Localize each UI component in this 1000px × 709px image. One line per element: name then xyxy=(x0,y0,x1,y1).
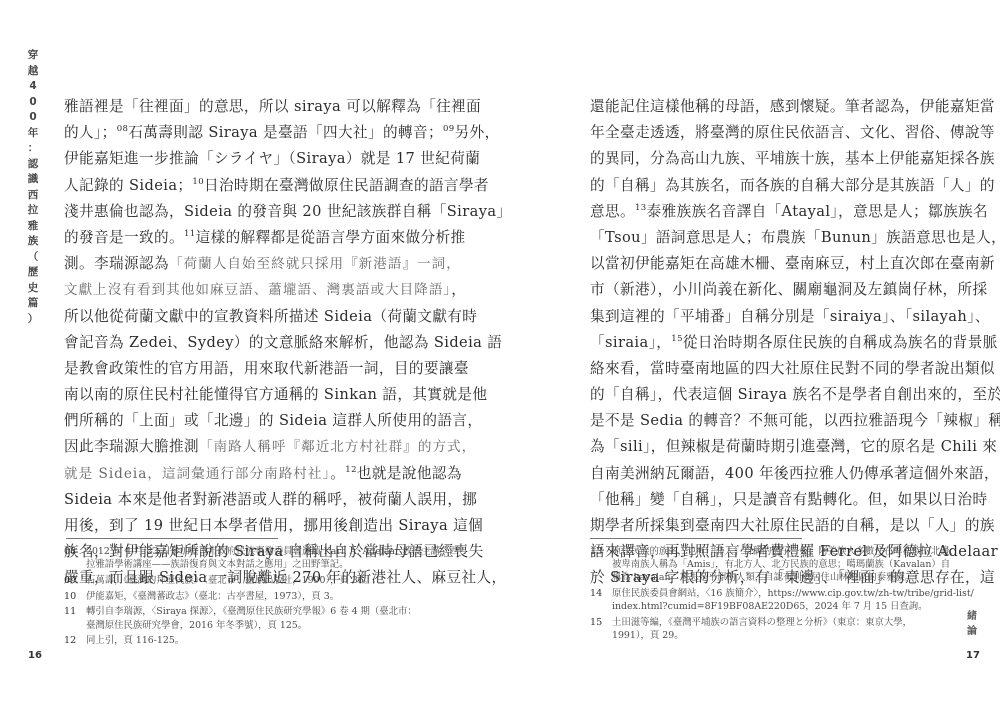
text-run: 人記錄的 Sideia； xyxy=(64,177,192,194)
body-text: 雅語裡是「往裡面」的意思，所以 siraya 可以解釋為「往裡面的人」；08石萬… xyxy=(64,94,441,592)
text-line: 文獻上沒有看到其他如麻豆語、蕭壠語、灣裏語或大目降語」， xyxy=(64,277,441,303)
footnote-ref[interactable]: 11 xyxy=(184,229,196,239)
footnote-text: 轉引自李瑞源，〈Siraya 探源〉，《臺灣原住民族研究學報》6 卷 4 期（臺… xyxy=(86,605,444,631)
text-run: 這樣的解釋都是從語言學方面來做分析推 xyxy=(196,229,466,246)
text-line: 的「自稱」為其族名，而各族的自稱大部分是其族語「人」的 xyxy=(590,173,967,199)
text-line: 「siraia」，15從日治時期各原住民族的自稱成為族名的背景脈 xyxy=(590,330,967,356)
text-line: 絡來看，當時臺南地區的四大社原住民對不同的學者說出類似 xyxy=(590,356,967,382)
text-line: 所以他從荷蘭文獻中的宣教資料所描述 Sideia（荷蘭文獻有時 xyxy=(64,304,441,330)
footnote-number: 09 xyxy=(64,574,86,587)
text-line: 用後，到了 19 世紀日本學者借用，挪用後創造出 Siraya 這個 xyxy=(64,513,441,539)
text-line: Sideia 本來是他者對新港語或人群的稱呼，被荷蘭人誤用，挪 xyxy=(64,487,441,513)
footnote-line: 原住民族的族名，也有「非人」自稱的例子，如：阿美族人多數住在卑南族的北邊， xyxy=(612,545,970,558)
text-run: 的發音是一致的。 xyxy=(64,229,184,246)
text-run: 石萬壽則認 Siraya 是臺語「四大社」的轉音； xyxy=(128,124,443,141)
left-page: 穿越400年：認識西拉雅族（歷史篇） 雅語裡是「往裡面」的意思，所以 siray… xyxy=(0,0,500,709)
text-run: 為「sili」，但辣椒是荷蘭時期引進臺灣，它的原名是 Chili 來 xyxy=(590,438,997,455)
text-line: 的發音是一致的。11這樣的解釋都是從語言學方面來做分析推 xyxy=(64,225,441,251)
footnote-line: 伊能嘉矩，《臺灣蕃政志》（臺北：古亭書屋，1973），頁 3。 xyxy=(86,590,444,603)
vertical-char: 拉 xyxy=(26,203,40,219)
text-run: 。 xyxy=(330,465,345,482)
footnote-line: 土田滋等編，《臺灣平埔族の語言資料の整理と分析》（東京：東京大學， xyxy=(612,616,970,629)
footnote-divider xyxy=(66,538,278,539)
quotation: 「南路人稱呼『鄰近北方村社群』的方式， xyxy=(199,439,476,455)
footnote-line: 被卑南族人稱為「Amis」，有北方人、北方民族的意思；噶瑪蘭族（Kavalan）… xyxy=(612,558,970,571)
vertical-char: 雅 xyxy=(26,219,40,235)
text-line: 自南美洲納瓦爾語，400 年後西拉雅人仍傳承著這個外來語， xyxy=(590,461,967,487)
text-run: 以當初伊能嘉矩在高雄木柵、臺南麻豆，村上直次郎在臺南新 xyxy=(590,255,995,272)
footnote-number: 15 xyxy=(590,616,612,642)
footnote-divider xyxy=(590,538,802,539)
footnote-item: 15土田滋等編，《臺灣平埔族の語言資料の整理と分析》（東京：東京大學，1991）… xyxy=(590,616,970,642)
text-line: 的異同，分為高山九族、平埔族十族，基本上伊能嘉矩採各族 xyxy=(590,146,967,172)
text-line: 還能記住這樣他稱的母語，感到懷疑。筆者認為，伊能嘉矩當 xyxy=(590,94,967,120)
footnote-line: index.html?cumid=8F19BF08AE220D65，2024 年… xyxy=(612,600,974,613)
vertical-char: 史 xyxy=(26,281,40,297)
footnote-item: 14原住民族委員會網站，〈16 族簡介〉，https://www.cip.gov… xyxy=(590,587,970,613)
vertical-char: 歷 xyxy=(26,265,40,281)
vertical-char: 年 xyxy=(26,126,40,142)
text-run: 「他稱」變「自稱」，只是讀音有點轉化。但，如果以日治時 xyxy=(590,491,988,508)
text-run: 的「自稱」，代表這個 Siraya 族名不是學者自創出來的，至於 xyxy=(590,386,1000,403)
right-page: 還能記住這樣他稱的母語，感到懷疑。筆者認為，伊能嘉矩當年全臺走透透，將臺灣的原住… xyxy=(500,0,1000,709)
text-line: 是教會政策性的官方用語，用來取代新港語一詞，目的要讓臺 xyxy=(64,356,441,382)
footnote-text: 原住民族委員會網站，〈16 族簡介〉，https://www.cip.gov.t… xyxy=(612,587,974,613)
text-run: Sideia 本來是他者對新港語或人群的稱呼，被荷蘭人誤用，挪 xyxy=(64,491,477,508)
footnote-item: 10伊能嘉矩，《臺灣蕃政志》（臺北：古亭書屋，1973），頁 3。 xyxy=(64,590,444,603)
footnote-ref[interactable]: 13 xyxy=(635,203,647,213)
text-run: 泰雅族族名音譯自「Atayal」，意思是人；鄒族族名 xyxy=(647,203,988,220)
text-line: 年全臺走透透，將臺灣的原住民依語言、文化、習俗、傳說等 xyxy=(590,120,967,146)
footnote-line: 1991），頁 29。 xyxy=(612,629,970,642)
vertical-char: ） xyxy=(26,312,40,328)
footnote-number: 13 xyxy=(590,545,612,585)
text-run: ， xyxy=(451,281,466,298)
footnote-number: 10 xyxy=(64,590,86,603)
text-run: 自南美洲納瓦爾語，400 年後西拉雅人仍傳承著這個外來語， xyxy=(590,465,999,482)
vertical-char: 越 xyxy=(26,64,40,80)
quotation: 「荷蘭人自始至終就只採用『新港語』一詞， xyxy=(169,256,461,272)
footnote-number: 12 xyxy=(64,634,86,647)
vertical-char: （ xyxy=(26,250,40,266)
text-line: 「Tsou」語詞意思是人；布農族「Bunun」族語意思也是人，14 xyxy=(590,225,967,251)
text-line: 會記音為 Zedei、Sydey）的文意脈絡來解析，他認為 Sideia 語 xyxy=(64,330,441,356)
text-run: 另外， xyxy=(455,124,500,141)
footnote-text: 原住民族的族名，也有「非人」自稱的例子，如：阿美族人多數住在卑南族的北邊，被卑南… xyxy=(612,545,970,585)
vertical-char: 論 xyxy=(965,624,979,639)
page-number: 17 xyxy=(966,650,980,661)
footnote-number: 08 xyxy=(64,545,86,571)
body-text: 還能記住這樣他稱的母語，感到懷疑。筆者認為，伊能嘉矩當年全臺走透透，將臺灣的原住… xyxy=(590,94,967,592)
text-run: 是教會政策性的官方用語，用來取代新港語一詞，目的要讓臺 xyxy=(64,360,469,377)
text-run: 伊能嘉矩進一步推論「シライヤ」（Siraya）就是 17 世紀荷蘭 xyxy=(64,150,480,167)
footnote-text: 2012 年 4 月 23 日參加臺南市政府民族事務委員會邀請 Karl. A.… xyxy=(86,545,459,571)
text-run: 雅語裡是「往裡面」的意思，所以 siraya 可以解釋為「往裡面 xyxy=(64,98,481,115)
vertical-char: 篇 xyxy=(26,296,40,312)
text-line: 以當初伊能嘉矩在高雄木柵、臺南麻豆，村上直次郎在臺南新 xyxy=(590,251,967,277)
text-run: 也就是說他認為 xyxy=(357,465,462,482)
text-run: 絡來看，當時臺南地區的四大社原住民對不同的學者說出類似 xyxy=(590,360,995,377)
text-line: 伊能嘉矩進一步推論「シライヤ」（Siraya）就是 17 世紀荷蘭 xyxy=(64,146,441,172)
text-run: 會記音為 Zedei、Sydey）的文意脈絡來解析，他認為 Sideia 語 xyxy=(64,334,502,351)
text-run: 南以南的原住民村社能懂得官方通稱的 Sinkan 語，其實就是他 xyxy=(64,386,487,403)
footnotes: 082012 年 4 月 23 日參加臺南市政府民族事務委員會邀請 Karl. … xyxy=(64,545,444,650)
footnote-text: 同上引，頁 116-125。 xyxy=(86,634,444,647)
footnote-item: 12同上引，頁 116-125。 xyxy=(64,634,444,647)
text-run: 淺井惠倫也認為，Sideia 的發音與 20 世紀該族群自稱「Siraya」 xyxy=(64,203,511,220)
vertical-char: 族 xyxy=(26,234,40,250)
text-run: 的異同，分為高山九族、平埔族十族，基本上伊能嘉矩採各族 xyxy=(590,150,995,167)
text-run: 還能記住這樣他稱的母語，感到懷疑。筆者認為，伊能嘉矩當 xyxy=(590,98,995,115)
footnote-ref[interactable]: 08 xyxy=(117,124,129,134)
footnote-line[interactable]: 原住民族委員會網站，〈16 族簡介〉，https://www.cip.gov.t… xyxy=(612,587,974,600)
text-line: 測。李瑞源認為「荷蘭人自始至終就只採用『新港語』一詞， xyxy=(64,251,441,277)
text-line: 期學者所採集到臺南四大社原住民語的自稱，是以「人」的族 xyxy=(590,513,967,539)
vertical-char: 0 xyxy=(26,110,40,126)
footnote-number: 14 xyxy=(590,587,612,613)
footnote-text: 石萬壽，《臺灣的拜壺民族》（臺北市：臺原出版社，1990），頁 36。 xyxy=(86,574,444,587)
footnote-item: 09石萬壽，《臺灣的拜壺民族》（臺北市：臺原出版社，1990），頁 36。 xyxy=(64,574,444,587)
footnote-line: 2012 年 4 月 23 日參加臺南市政府民族事務委員會邀請 Karl. A.… xyxy=(86,545,459,558)
vertical-char: 穿 xyxy=(26,48,40,64)
text-line: 人記錄的 Sideia；10日治時期在臺灣做原住民語調查的語言學者 xyxy=(64,173,441,199)
quotation: 文獻上沒有看到其他如麻豆語、蕭壠語、灣裏語或大目降語」 xyxy=(64,282,451,298)
text-line: 市（新港），小川尚義在新化、關廟龜洞及左鎮崗仔林，所採 xyxy=(590,277,967,303)
vertical-char: 識 xyxy=(26,172,40,188)
text-line: 為「sili」，但辣椒是荷蘭時期引進臺灣，它的原名是 Chili 來 xyxy=(590,434,967,460)
text-run: 測。李瑞源認為 xyxy=(64,255,169,272)
text-run: 從日治時期各原住民族的自稱成為族名的背景脈 xyxy=(683,334,998,351)
text-line: 意思。13泰雅族族名音譯自「Atayal」，意思是人；鄒族族名 xyxy=(590,199,967,225)
text-line: 就是 Sideia，這詞彙通行部分南路村社」。12也就是說他認為 xyxy=(64,461,441,487)
text-line: 的人」；08石萬壽則認 Siraya 是臺語「四大社」的轉音；09另外， xyxy=(64,120,441,146)
text-line: 是不是 Sedia 的轉音？不無可能，以西拉雅語現今「辣椒」稱 xyxy=(590,408,967,434)
text-run: 日治時期在臺灣做原住民語調查的語言學者 xyxy=(204,177,489,194)
footnote-ref[interactable]: 09 xyxy=(443,124,455,134)
vertical-char: 緒 xyxy=(965,609,979,624)
text-run: 集到這裡的「平埔番」自稱分別是「siraiya」、「silayah」、 xyxy=(590,308,990,325)
footnote-line: 拉雅語學術講座——族語復育與文本對話之應用」之田野筆記。 xyxy=(86,558,459,571)
text-line: 們所稱的「上面」或「北邊」的 Sideia 這群人所使用的語言， xyxy=(64,408,441,434)
text-run: 所以他從荷蘭文獻中的宣教資料所描述 Sideia（荷蘭文獻有時 xyxy=(64,308,477,325)
page-number: 16 xyxy=(28,650,42,661)
footnotes: 13原住民族的族名，也有「非人」自稱的例子，如：阿美族人多數住在卑南族的北邊，被… xyxy=(590,545,970,645)
text-run: 「siraia」， xyxy=(590,334,671,351)
text-line: 集到這裡的「平埔番」自稱分別是「siraiya」、「silayah」、 xyxy=(590,304,967,330)
text-run: 意思。 xyxy=(590,203,635,220)
footnote-number: 11 xyxy=(64,605,86,631)
footnote-ref[interactable]: 12 xyxy=(345,465,357,475)
footnote-text: 土田滋等編，《臺灣平埔族の語言資料の整理と分析》（東京：東京大學，1991），頁… xyxy=(612,616,970,642)
text-line: 「他稱」變「自稱」，只是讀音有點轉化。但，如果以日治時 xyxy=(590,487,967,513)
vertical-char: ： xyxy=(26,141,40,157)
text-line: 的「自稱」，代表這個 Siraya 族名不是學者自創出來的，至於 xyxy=(590,382,967,408)
footnote-text: 伊能嘉矩，《臺灣蕃政志》（臺北：古亭書屋，1973），頁 3。 xyxy=(86,590,444,603)
text-run: 年全臺走透透，將臺灣的原住民依語言、文化、習俗、傳說等 xyxy=(590,124,995,141)
text-run: 的「自稱」為其族名，而各族的自稱大部分是其族語「人」的 xyxy=(590,177,995,194)
vertical-char: 西 xyxy=(26,188,40,204)
text-run: 市（新港），小川尚義在新化、關廟龜洞及左鎮崗仔林，所採 xyxy=(590,281,988,298)
text-run: 期學者所採集到臺南四大社原住民語的自稱，是以「人」的族 xyxy=(590,517,995,534)
text-line: 因此李瑞源大膽推測「南路人稱呼『鄰近北方村社群』的方式， xyxy=(64,434,441,460)
quotation: 就是 Sideia，這詞彙通行部分南路村社」 xyxy=(64,466,330,482)
footnote-ref[interactable]: 10 xyxy=(192,177,204,187)
text-line: 南以南的原住民村社能懂得官方通稱的 Sinkan 語，其實就是他 xyxy=(64,382,441,408)
text-run: 用後，到了 19 世紀日本學者借用，挪用後創造出 Siraya 這個 xyxy=(64,517,483,534)
footnote-item: 11轉引自李瑞源，〈Siraya 探源〉，《臺灣原住民族研究學報》6 卷 4 期… xyxy=(64,605,444,631)
text-run: 的人」； xyxy=(64,124,117,141)
text-run: 「Tsou」語詞意思是人；布農族「Bunun」族語意思也是人， xyxy=(590,229,1000,246)
footnote-line: 同上引，頁 116-125。 xyxy=(86,634,444,647)
vertical-char: 4 xyxy=(26,79,40,95)
running-head-book-title: 穿越400年：認識西拉雅族（歷史篇） xyxy=(26,48,40,327)
text-run: 們所稱的「上面」或「北邊」的 Sideia 這群人所使用的語言， xyxy=(64,412,482,429)
footnote-line: 臺灣原住民族研究學會，2016 年冬季號），頁 125。 xyxy=(86,619,444,632)
vertical-char: 認 xyxy=(26,157,40,173)
vertical-char: 0 xyxy=(26,95,40,111)
running-head-section: 緒論 xyxy=(965,609,979,639)
text-line: 淺井惠倫也認為，Sideia 的發音與 20 世紀該族群自稱「Siraya」 xyxy=(64,199,441,225)
footnote-line: 轉引自李瑞源，〈Siraya 探源〉，《臺灣原住民族研究學報》6 卷 4 期（臺… xyxy=(86,605,444,618)
footnote-item: 082012 年 4 月 23 日參加臺南市政府民族事務委員會邀請 Karl. … xyxy=(64,545,444,571)
text-run: 是不是 Sedia 的轉音？不無可能，以西拉雅語現今「辣椒」稱 xyxy=(590,412,1000,429)
text-run: 因此李瑞源大膽推測 xyxy=(64,438,199,455)
footnote-item: 13原住民族的族名，也有「非人」自稱的例子，如：阿美族人多數住在卑南族的北邊，被… xyxy=(590,545,970,585)
footnote-ref[interactable]: 15 xyxy=(671,334,683,344)
footnote-line: 石萬壽，《臺灣的拜壺民族》（臺北市：臺原出版社，1990），頁 36。 xyxy=(86,574,444,587)
footnote-line: 稱為 kavalan，意思是平原的人類，自認有別於居住山林地區的泰雅族。 xyxy=(612,571,970,584)
text-line: 雅語裡是「往裡面」的意思，所以 siraya 可以解釋為「往裡面 xyxy=(64,94,441,120)
